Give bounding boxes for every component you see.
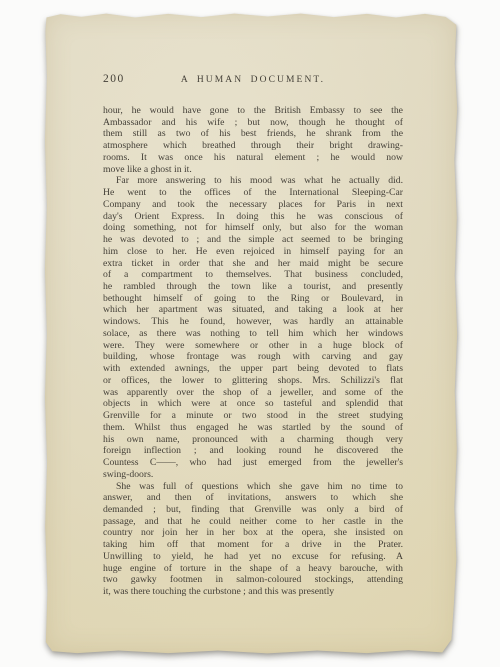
text-line: of a compartment to themselves. That bus…	[103, 269, 403, 281]
text-line: were. They were somewhere or other in a …	[103, 340, 403, 352]
page-header: 200 A HUMAN DOCUMENT.	[103, 73, 403, 87]
page-number: 200	[103, 73, 125, 85]
text-line: He went to the offices of the Internatio…	[103, 187, 403, 199]
text-line: move like a ghost in it.	[103, 164, 403, 176]
text-line: his own name, pronounced with a charming…	[103, 434, 403, 446]
text-line: Countess C——, who had just emerged from …	[103, 457, 403, 469]
text-line: foreign inflection ; and looking round h…	[103, 445, 403, 457]
text-line: objects in which were at once so tastefu…	[103, 398, 403, 410]
text-line: which her apartment was situated, and ta…	[103, 304, 403, 316]
text-line: Grenville for a minute or two stood in t…	[103, 410, 403, 422]
text-line: Company and took the necessary places fo…	[103, 199, 403, 211]
text-line: him close to her. He even rejoiced in hi…	[103, 246, 403, 258]
text-line: was apparently over the shop of a jewell…	[103, 387, 403, 399]
page-text: hour, he would have gone to the British …	[103, 105, 403, 598]
text-line: two gawky footmen in salmon-coloured sto…	[103, 574, 403, 586]
text-line: or offices, the lower to glittering shop…	[103, 375, 403, 387]
text-line: them. Whilst thus engaged he was startle…	[103, 422, 403, 434]
text-line: rooms. It was once his natural element ;…	[103, 152, 403, 164]
text-line: with extended awnings, the upper part be…	[103, 363, 403, 375]
text-line: demanded ; but, finding that Grenville w…	[103, 504, 403, 516]
book-page-scan: 200 A HUMAN DOCUMENT. hour, he would hav…	[44, 12, 458, 655]
text-line: Far more answering to his mood was what …	[103, 175, 403, 187]
scan-background: 200 A HUMAN DOCUMENT. hour, he would hav…	[0, 0, 500, 667]
text-line: atmosphere which breathed through their …	[103, 140, 403, 152]
text-line: solace, as there was nothing to tell him…	[103, 328, 403, 340]
text-line: taking him off that moment for a drive i…	[103, 539, 403, 551]
text-line: them still as two of his best friends, h…	[103, 128, 403, 140]
text-line: windows. This he found, however, was har…	[103, 316, 403, 328]
text-line: country nor join her in her box at the o…	[103, 527, 403, 539]
text-line: Ambassador and his wife ; but now, thoug…	[103, 117, 403, 129]
text-line: Unwilling to yield, he had yet no excuse…	[103, 551, 403, 563]
text-line: doing something, not for himself only, b…	[103, 222, 403, 234]
text-line: extra ticket in order that she and her m…	[103, 258, 403, 270]
text-line: answer, and then of invitations, answers…	[103, 492, 403, 504]
running-title: A HUMAN DOCUMENT.	[103, 73, 403, 85]
text-line: swing-doors.	[103, 469, 403, 481]
page-shadow-wrap: 200 A HUMAN DOCUMENT. hour, he would hav…	[0, 0, 500, 667]
text-line: She was full of questions which she gave…	[103, 481, 403, 493]
text-line: huge engine of torture in the shape of a…	[103, 563, 403, 575]
text-line: he rambled through the town like a touri…	[103, 281, 403, 293]
text-line: day's Orient Express. In doing this he w…	[103, 211, 403, 223]
text-line: he was devoted to ; and the simple act s…	[103, 234, 403, 246]
text-line: building, whose frontage was rough with …	[103, 351, 403, 363]
text-line: bethought himself of going to the Ring o…	[103, 293, 403, 305]
text-line: it, was there touching the curbstone ; a…	[103, 586, 403, 598]
text-line: passage, and that he could neither come …	[103, 516, 403, 528]
text-line: hour, he would have gone to the British …	[103, 105, 403, 117]
